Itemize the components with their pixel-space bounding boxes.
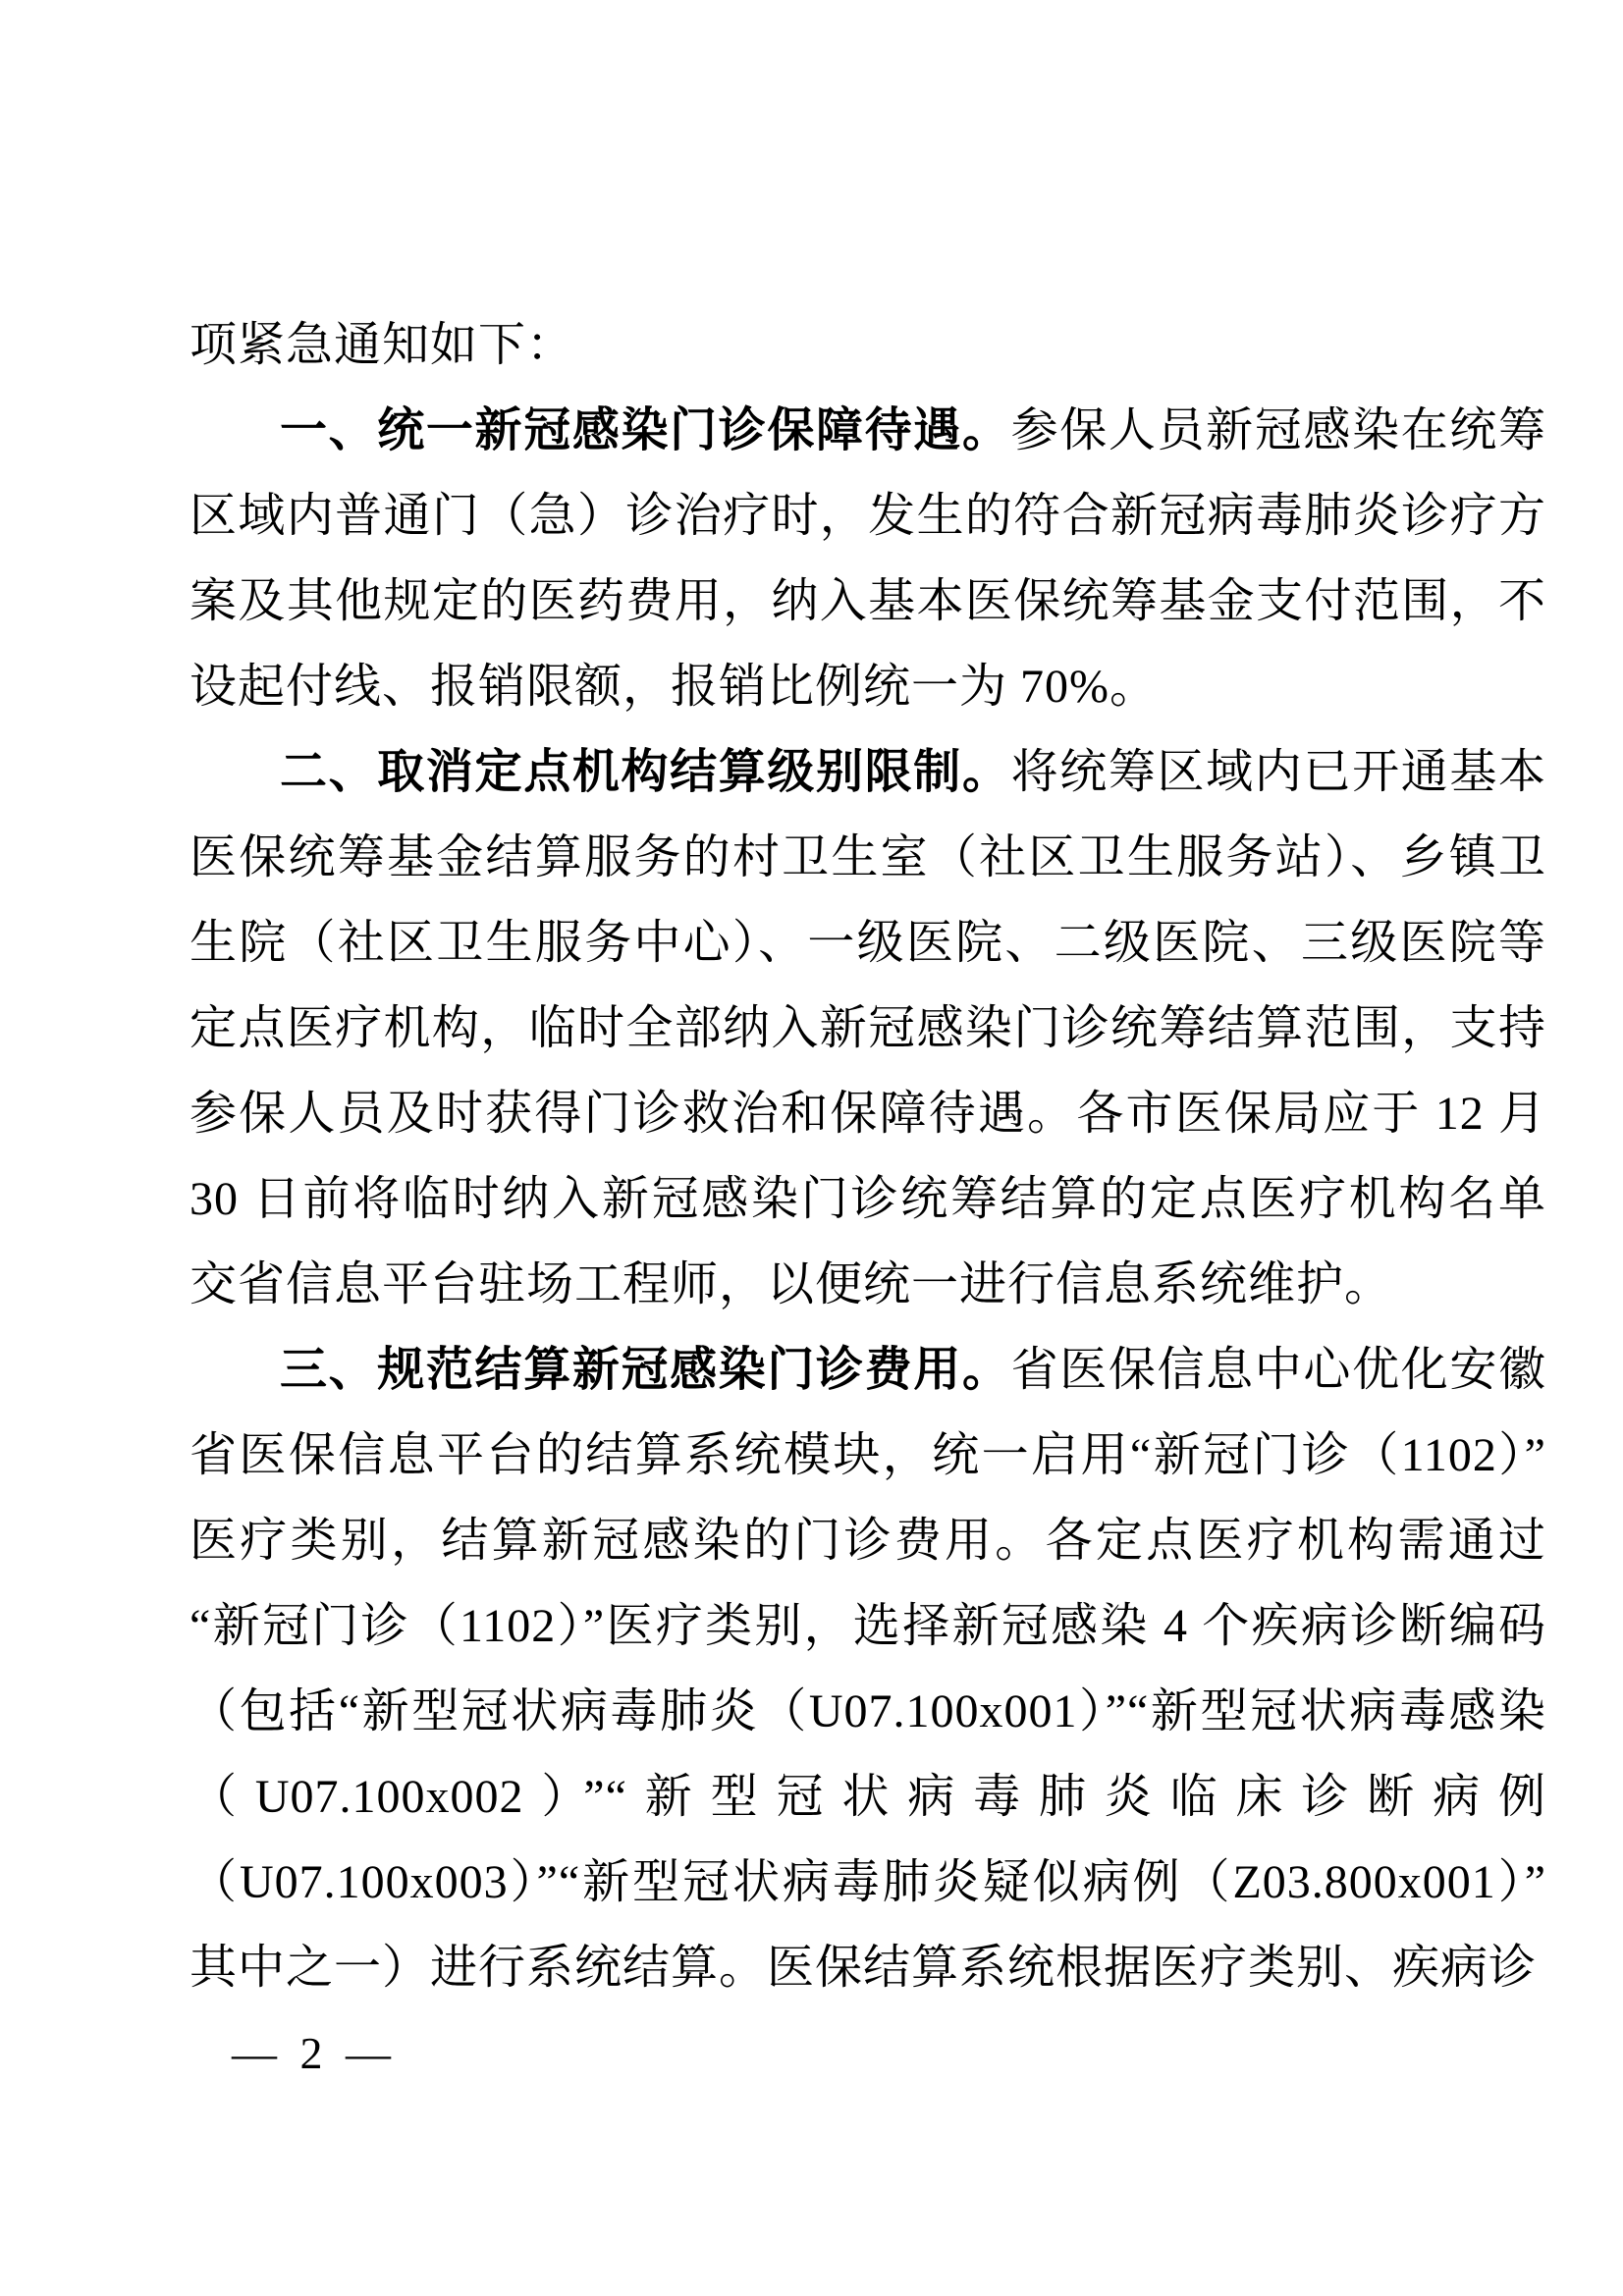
section-3-heading: 三、规范结算新冠感染门诊费用。 [280, 1344, 1011, 1396]
continuation-line: 项紧急通知如下： [189, 302, 1546, 388]
section-2-heading: 二、取消定点机构结算级别限制。 [280, 746, 1011, 798]
page-number: — 2 — [232, 2028, 397, 2079]
document-body: 项紧急通知如下： 一、统一新冠感染门诊保障待遇。参保人员新冠感染在统筹区域内普通… [189, 302, 1546, 2010]
section-3-paragraph: 三、规范结算新冠感染门诊费用。省医保信息中心优化安徽省医保信息平台的结算系统模块… [189, 1327, 1546, 2010]
document-sheet: 项紧急通知如下： 一、统一新冠感染门诊保障待遇。参保人员新冠感染在统筹区域内普通… [0, 0, 1623, 2296]
section-3-body-text: 省医保信息中心优化安徽省医保信息平台的结算系统模块，统一启用“新冠门诊（1102… [189, 1344, 1546, 1994]
section-1-paragraph: 一、统一新冠感染门诊保障待遇。参保人员新冠感染在统筹区域内普通门（急）诊治疗时，… [189, 388, 1546, 729]
scanned-document-page: { "colors": { "background": "#ffffff", "… [0, 0, 1623, 2296]
section-1-heading: 一、统一新冠感染门诊保障待遇。 [280, 404, 1011, 456]
section-2-paragraph: 二、取消定点机构结算级别限制。将统筹区域内已开通基本医保统筹基金结算服务的村卫生… [189, 729, 1546, 1327]
section-2-body-text: 将统筹区域内已开通基本医保统筹基金结算服务的村卫生室（社区卫生服务站）、乡镇卫生… [189, 746, 1546, 1310]
